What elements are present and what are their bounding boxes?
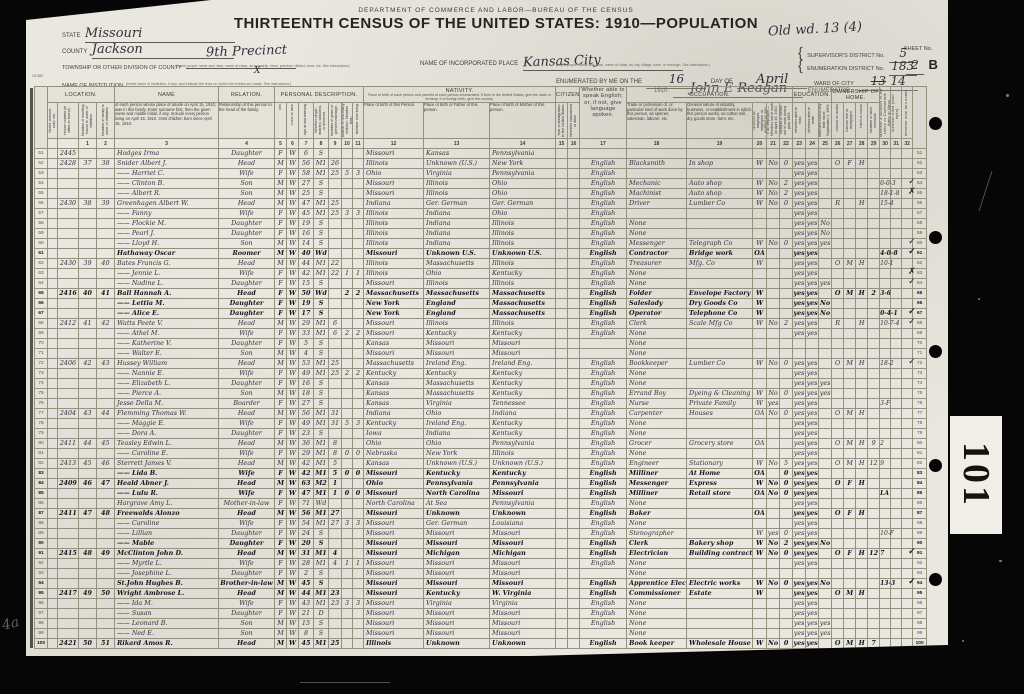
immigration-year-cell bbox=[556, 269, 568, 279]
person-row: 93—— Josephine L.DaughterFW2SMissouriMis… bbox=[35, 569, 927, 579]
can-write-cell: yes bbox=[806, 489, 819, 499]
family-number-cell: 38 bbox=[97, 159, 115, 169]
line-number-right: 83 bbox=[913, 469, 927, 479]
age-cell: 15 bbox=[299, 279, 314, 289]
can-write-cell: yes bbox=[806, 589, 819, 599]
father-birthplace-cell: Ireland Eng. bbox=[424, 359, 490, 369]
line-number-right: 84 bbox=[913, 479, 927, 489]
farm-or-house-cell: H bbox=[856, 589, 868, 599]
years-married-cell: 8 bbox=[329, 439, 342, 449]
language-cell: English bbox=[580, 329, 627, 339]
immigration-year-cell bbox=[556, 229, 568, 239]
color-cell: W bbox=[287, 429, 299, 439]
immigration-year-cell bbox=[556, 499, 568, 509]
sex-cell: M bbox=[275, 319, 287, 329]
language-cell bbox=[580, 569, 627, 579]
immigration-year-cell bbox=[556, 549, 568, 559]
color-cell: W bbox=[287, 399, 299, 409]
street-cell bbox=[48, 559, 58, 569]
can-write-cell: yes bbox=[806, 269, 819, 279]
deaf-cell bbox=[902, 479, 913, 489]
farm-or-house-cell bbox=[856, 299, 868, 309]
line-number: 99 bbox=[35, 629, 48, 639]
group-header: OWNERSHIP OF HOME. bbox=[832, 87, 880, 103]
language-cell bbox=[580, 339, 627, 349]
line-number: 76 bbox=[35, 399, 48, 409]
dwelling-number-cell bbox=[79, 149, 97, 159]
relation-cell: Head bbox=[219, 319, 275, 329]
person-row: 5624303839Greenhagen Albert W.HeadMW47M1… bbox=[35, 199, 927, 209]
column-number: 20 bbox=[753, 139, 767, 149]
immigration-year-cell bbox=[556, 489, 568, 499]
relation-cell: Daughter bbox=[219, 299, 275, 309]
age-cell: 40 bbox=[299, 249, 314, 259]
naturalization-cell bbox=[568, 149, 580, 159]
page-number-label: 101 bbox=[954, 442, 998, 508]
dwelling-number-cell: 45 bbox=[79, 459, 97, 469]
father-birthplace-cell: Virginia bbox=[424, 399, 490, 409]
relation-cell: Wife bbox=[219, 519, 275, 529]
attended-school-cell bbox=[819, 209, 832, 219]
house-number-cell: 2445 bbox=[58, 149, 79, 159]
can-write-cell: yes bbox=[806, 259, 819, 269]
attended-school-cell bbox=[819, 459, 832, 469]
sex-cell: M bbox=[275, 249, 287, 259]
column-number: 19 bbox=[687, 139, 753, 149]
naturalization-cell bbox=[568, 219, 580, 229]
street-cell bbox=[48, 349, 58, 359]
farm-schedule-cell bbox=[868, 599, 880, 609]
house-number-cell bbox=[58, 429, 79, 439]
dwelling-number-cell bbox=[79, 609, 97, 619]
marital-status-cell: S bbox=[314, 399, 329, 409]
language-cell: English bbox=[580, 559, 627, 569]
group-header: NATIVITY.Place of birth of each person a… bbox=[364, 87, 556, 103]
township-label: TOWNSHIP OR OTHER DIVISION OF COUNTY bbox=[62, 65, 182, 71]
sex-cell: F bbox=[275, 569, 287, 579]
name-cell: —— Alice E. bbox=[115, 309, 219, 319]
deaf-cell bbox=[902, 329, 913, 339]
line-number: 54 bbox=[35, 179, 48, 189]
mother-birthplace-cell: Massachusetts bbox=[490, 289, 556, 299]
home-mortgage-cell bbox=[844, 569, 856, 579]
street-cell bbox=[48, 519, 58, 529]
line-number: 78 bbox=[35, 419, 48, 429]
house-number-cell bbox=[58, 599, 79, 609]
can-read-cell: yes bbox=[793, 619, 806, 629]
can-write-cell: yes bbox=[806, 289, 819, 299]
farm-or-house-cell bbox=[856, 179, 868, 189]
can-read-cell: yes bbox=[793, 609, 806, 619]
industry-cell: Express bbox=[687, 479, 753, 489]
line-number-right: 82 bbox=[913, 459, 927, 469]
color-cell: W bbox=[287, 419, 299, 429]
children-living-cell bbox=[353, 379, 364, 389]
language-cell: English bbox=[580, 169, 627, 179]
can-read-cell: yes bbox=[793, 459, 806, 469]
house-number-cell bbox=[58, 569, 79, 579]
years-married-cell bbox=[329, 219, 342, 229]
father-birthplace-cell: Ohio bbox=[424, 269, 490, 279]
home-mortgage-cell bbox=[844, 219, 856, 229]
home-mortgage-cell bbox=[844, 389, 856, 399]
family-number-cell bbox=[97, 399, 115, 409]
children-born-cell: 2 bbox=[342, 329, 353, 339]
war-survivor-cell: 10-1 bbox=[880, 259, 891, 269]
line-number: 72 bbox=[35, 359, 48, 369]
sex-cell: M bbox=[275, 439, 287, 449]
family-number-cell bbox=[97, 469, 115, 479]
war-survivor-cell bbox=[880, 369, 891, 379]
deaf-cell bbox=[902, 559, 913, 569]
farm-schedule-cell bbox=[868, 269, 880, 279]
naturalization-cell bbox=[568, 239, 580, 249]
can-write-cell: yes bbox=[806, 239, 819, 249]
punch-hole bbox=[929, 117, 942, 130]
can-read-cell bbox=[793, 349, 806, 359]
home-owned-cell bbox=[832, 279, 844, 289]
column-header: Trade or profession of, or particular ki… bbox=[627, 103, 687, 139]
industry-cell: Electric works bbox=[687, 579, 753, 589]
person-row: 6824124142Watts Peete V.HeadMW29M16Misso… bbox=[35, 319, 927, 329]
street-cell bbox=[48, 269, 58, 279]
mother-birthplace-cell: Ohio bbox=[490, 179, 556, 189]
weeks-out-cell bbox=[780, 289, 793, 299]
father-birthplace-cell: Indiana bbox=[424, 229, 490, 239]
blind-cell bbox=[891, 399, 902, 409]
father-birthplace-cell: Unknown U.S. bbox=[424, 249, 490, 259]
weeks-out-cell bbox=[780, 419, 793, 429]
naturalization-cell bbox=[568, 609, 580, 619]
children-living-cell bbox=[353, 389, 364, 399]
sex-cell: F bbox=[275, 209, 287, 219]
relation-cell: Wife bbox=[219, 369, 275, 379]
blind-cell bbox=[891, 329, 902, 339]
industry-cell bbox=[687, 169, 753, 179]
home-owned-cell bbox=[832, 399, 844, 409]
sex-cell: F bbox=[275, 379, 287, 389]
children-born-cell bbox=[342, 189, 353, 199]
home-owned-cell bbox=[832, 569, 844, 579]
language-cell: English bbox=[580, 459, 627, 469]
marital-status-cell: M1 bbox=[314, 369, 329, 379]
occupation-cell: Commissioner bbox=[627, 589, 687, 599]
years-married-cell: 4 bbox=[329, 559, 342, 569]
column-number: 4 bbox=[219, 139, 275, 149]
farm-schedule-cell bbox=[868, 569, 880, 579]
language-cell: English bbox=[580, 359, 627, 369]
birthplace-cell: Illinois bbox=[364, 259, 424, 269]
deaf-cell bbox=[902, 339, 913, 349]
sex-cell: M bbox=[275, 199, 287, 209]
color-cell: W bbox=[287, 299, 299, 309]
children-born-cell: 3 bbox=[342, 209, 353, 219]
name-cell: —— Ned E. bbox=[115, 629, 219, 639]
attended-school-cell bbox=[819, 169, 832, 179]
industry-cell bbox=[687, 229, 753, 239]
column-header: Relationship of this person to the head … bbox=[219, 103, 275, 139]
children-living-cell bbox=[353, 579, 364, 589]
blind-cell bbox=[891, 599, 902, 609]
home-owned-cell bbox=[832, 169, 844, 179]
birthplace-cell: Ohio bbox=[364, 169, 424, 179]
age-cell: 44 bbox=[299, 259, 314, 269]
street-cell bbox=[48, 199, 58, 209]
margin-checkmark: ✓ bbox=[908, 546, 916, 557]
children-born-cell bbox=[342, 309, 353, 319]
birthplace-cell: Missouri bbox=[364, 489, 424, 499]
mother-birthplace-cell: Missouri bbox=[490, 489, 556, 499]
person-row: 58—— Flockie M.DaughterFW19SIllinoisIndi… bbox=[35, 219, 927, 229]
dwelling-number-cell bbox=[79, 189, 97, 199]
person-row: 54—— Clinton B.SonMW27SMissouriIllinoisO… bbox=[35, 179, 927, 189]
color-cell: W bbox=[287, 309, 299, 319]
line-number: 98 bbox=[35, 619, 48, 629]
weeks-out-cell bbox=[780, 569, 793, 579]
person-row: 81—— Caroline E.WifeFW29M1800NebraskaNew… bbox=[35, 449, 927, 459]
industry-cell: In shop bbox=[687, 159, 753, 169]
weeks-out-cell bbox=[780, 329, 793, 339]
family-number-cell bbox=[97, 329, 115, 339]
line-number: 75 bbox=[35, 389, 48, 399]
years-married-cell: 27 bbox=[329, 519, 342, 529]
age-cell: 36 bbox=[299, 439, 314, 449]
father-birthplace-cell: North Carolina bbox=[424, 489, 490, 499]
age-cell: 45 bbox=[299, 209, 314, 219]
occupation-cell: Milliner bbox=[627, 469, 687, 479]
dwelling-number-cell bbox=[79, 499, 97, 509]
home-mortgage-cell bbox=[844, 349, 856, 359]
family-number-cell: 48 bbox=[97, 509, 115, 519]
name-cell: Snider Albert J. bbox=[115, 159, 219, 169]
occupation-cell: None bbox=[627, 599, 687, 609]
age-cell: 56 bbox=[299, 159, 314, 169]
blind-cell bbox=[891, 349, 902, 359]
name-cell: —— Albert R. bbox=[115, 189, 219, 199]
out-of-work-cell bbox=[767, 599, 780, 609]
birthplace-cell: Kansas bbox=[364, 339, 424, 349]
occupation-cell bbox=[627, 209, 687, 219]
immigration-year-cell bbox=[556, 319, 568, 329]
occupation-cell: Milliner bbox=[627, 489, 687, 499]
state-label: STATE bbox=[62, 33, 80, 39]
employment-class-cell: W bbox=[753, 359, 767, 369]
home-mortgage-cell bbox=[844, 329, 856, 339]
immigration-year-cell bbox=[556, 259, 568, 269]
birthplace-cell: Kansas bbox=[364, 459, 424, 469]
immigration-year-cell bbox=[556, 609, 568, 619]
children-born-cell bbox=[342, 639, 353, 649]
age-cell: 45 bbox=[299, 639, 314, 649]
street-cell bbox=[48, 589, 58, 599]
weeks-out-cell: 0 bbox=[780, 479, 793, 489]
children-born-cell: 0 bbox=[342, 489, 353, 499]
immigration-year-cell bbox=[556, 439, 568, 449]
relation-cell: Wife bbox=[219, 269, 275, 279]
color-cell: W bbox=[287, 479, 299, 489]
mother-birthplace-cell: Kentucky bbox=[490, 419, 556, 429]
children-born-cell bbox=[342, 429, 353, 439]
occupation-cell: None bbox=[627, 609, 687, 619]
children-living-cell bbox=[353, 179, 364, 189]
out-of-work-cell bbox=[767, 379, 780, 389]
employment-class-cell: W bbox=[753, 589, 767, 599]
children-born-cell bbox=[342, 509, 353, 519]
occupation-cell: Clerk bbox=[627, 539, 687, 549]
blind-cell bbox=[891, 559, 902, 569]
street-cell bbox=[48, 429, 58, 439]
can-write-cell: yes bbox=[806, 219, 819, 229]
deaf-cell bbox=[902, 619, 913, 629]
person-row: 53—— Harriet C.WifeFW58M12553OhioVirgini… bbox=[35, 169, 927, 179]
deaf-cell bbox=[902, 459, 913, 469]
children-living-cell bbox=[353, 339, 364, 349]
farm-schedule-cell bbox=[868, 529, 880, 539]
dwelling-number-cell: 47 bbox=[79, 509, 97, 519]
person-row: 85—— Lulu R.WifeFW47M1100MissouriNorth C… bbox=[35, 489, 927, 499]
color-cell: W bbox=[287, 469, 299, 479]
farm-or-house-cell bbox=[856, 239, 868, 249]
out-of-work-cell bbox=[767, 559, 780, 569]
marital-status-cell: D bbox=[314, 609, 329, 619]
children-living-cell bbox=[353, 259, 364, 269]
occupation-cell: Messenger bbox=[627, 239, 687, 249]
years-married-cell: 6 bbox=[329, 319, 342, 329]
naturalization-cell bbox=[568, 489, 580, 499]
house-number-cell bbox=[58, 249, 79, 259]
column-header: Number of dwelling house in order of vis… bbox=[79, 103, 97, 139]
blind-cell bbox=[891, 589, 902, 599]
family-number-cell: 50 bbox=[97, 589, 115, 599]
attended-school-cell bbox=[819, 439, 832, 449]
occupation-cell: Machinist bbox=[627, 189, 687, 199]
column-number: 23 bbox=[793, 139, 806, 149]
years-married-cell: 25 bbox=[329, 169, 342, 179]
birthplace-cell: Illinois bbox=[364, 209, 424, 219]
scan-bottom-shadow bbox=[530, 645, 948, 656]
line-number: 62 bbox=[35, 259, 48, 269]
family-number-cell bbox=[97, 269, 115, 279]
dwelling-number-cell: 37 bbox=[79, 159, 97, 169]
color-cell: W bbox=[287, 609, 299, 619]
birthplace-cell: Missouri bbox=[364, 349, 424, 359]
deaf-cell bbox=[902, 629, 913, 639]
immigration-year-cell bbox=[556, 189, 568, 199]
can-read-cell: yes bbox=[793, 169, 806, 179]
line-number: 81 bbox=[35, 449, 48, 459]
street-cell bbox=[48, 259, 58, 269]
farm-schedule-cell bbox=[868, 209, 880, 219]
street-cell bbox=[48, 489, 58, 499]
birthplace-cell: Missouri bbox=[364, 509, 424, 519]
can-write-cell: yes bbox=[806, 549, 819, 559]
war-survivor-cell: 15-4 bbox=[880, 199, 891, 209]
industry-cell: Bridge work bbox=[687, 249, 753, 259]
employment-class-cell bbox=[753, 209, 767, 219]
family-number-cell: 46 bbox=[97, 459, 115, 469]
blind-cell bbox=[891, 379, 902, 389]
war-survivor-cell bbox=[880, 539, 891, 549]
father-birthplace-cell: Illinois bbox=[424, 189, 490, 199]
weeks-out-cell bbox=[780, 279, 793, 289]
employment-class-cell: W bbox=[753, 259, 767, 269]
out-of-work-cell bbox=[767, 339, 780, 349]
weeks-out-cell bbox=[780, 509, 793, 519]
line-number: 66 bbox=[35, 299, 48, 309]
relation-cell: Wife bbox=[219, 489, 275, 499]
can-write-cell: yes bbox=[806, 469, 819, 479]
employment-class-cell bbox=[753, 369, 767, 379]
can-read-cell: yes bbox=[793, 489, 806, 499]
column-number: 30 bbox=[880, 139, 891, 149]
mother-birthplace-cell: Massachusetts bbox=[490, 299, 556, 309]
mother-birthplace-cell: Missouri bbox=[490, 619, 556, 629]
children-living-cell bbox=[353, 629, 364, 639]
age-cell: 2 bbox=[299, 569, 314, 579]
language-cell: English bbox=[580, 369, 627, 379]
blind-cell bbox=[891, 459, 902, 469]
industry-cell: Grocery store bbox=[687, 439, 753, 449]
children-born-cell bbox=[342, 239, 353, 249]
age-cell: 44 bbox=[299, 589, 314, 599]
line-number-right: 94✓ bbox=[913, 579, 927, 589]
home-mortgage-cell bbox=[844, 559, 856, 569]
line-number: 79 bbox=[35, 429, 48, 439]
deaf-cell bbox=[902, 159, 913, 169]
children-living-cell bbox=[353, 589, 364, 599]
line-number-right: 56 bbox=[913, 199, 927, 209]
naturalization-cell bbox=[568, 499, 580, 509]
father-birthplace-cell: Unknown (U.S.) bbox=[424, 459, 490, 469]
line-number: 83 bbox=[35, 469, 48, 479]
industry-cell bbox=[687, 559, 753, 569]
line-number-right: 89 bbox=[913, 529, 927, 539]
weeks-out-cell bbox=[780, 309, 793, 319]
dwelling-number-cell: 50 bbox=[79, 639, 97, 649]
color-cell: W bbox=[287, 219, 299, 229]
street-cell bbox=[48, 279, 58, 289]
relation-cell: Son bbox=[219, 619, 275, 629]
line-number: 51 bbox=[35, 149, 48, 159]
children-living-cell bbox=[353, 539, 364, 549]
age-cell: 58 bbox=[299, 169, 314, 179]
sex-cell: F bbox=[275, 219, 287, 229]
home-owned-cell bbox=[832, 309, 844, 319]
home-owned-cell: O bbox=[832, 459, 844, 469]
father-birthplace-cell: Missouri bbox=[424, 349, 490, 359]
name-cell: —— Flockie M. bbox=[115, 219, 219, 229]
dwelling-number-cell bbox=[79, 579, 97, 589]
occupation-cell: Errand Boy bbox=[627, 389, 687, 399]
home-mortgage-cell: M bbox=[844, 459, 856, 469]
sex-cell: F bbox=[275, 469, 287, 479]
language-cell: English bbox=[580, 509, 627, 519]
mother-birthplace-cell: Pennsylvania bbox=[490, 169, 556, 179]
children-born-cell bbox=[342, 549, 353, 559]
years-married-cell bbox=[329, 399, 342, 409]
column-number: 15 bbox=[556, 139, 568, 149]
children-born-cell bbox=[342, 629, 353, 639]
sex-cell: M bbox=[275, 629, 287, 639]
farm-or-house-cell bbox=[856, 609, 868, 619]
family-number-cell bbox=[97, 419, 115, 429]
can-write-cell: yes bbox=[806, 509, 819, 519]
out-of-work-cell bbox=[767, 279, 780, 289]
language-cell: English bbox=[580, 619, 627, 629]
marital-status-cell: M1 bbox=[314, 159, 329, 169]
census-table: LOCATION.NAMERELATION.PERSONAL DESCRIPTI… bbox=[34, 86, 927, 649]
weeks-out-cell: 0 bbox=[780, 549, 793, 559]
